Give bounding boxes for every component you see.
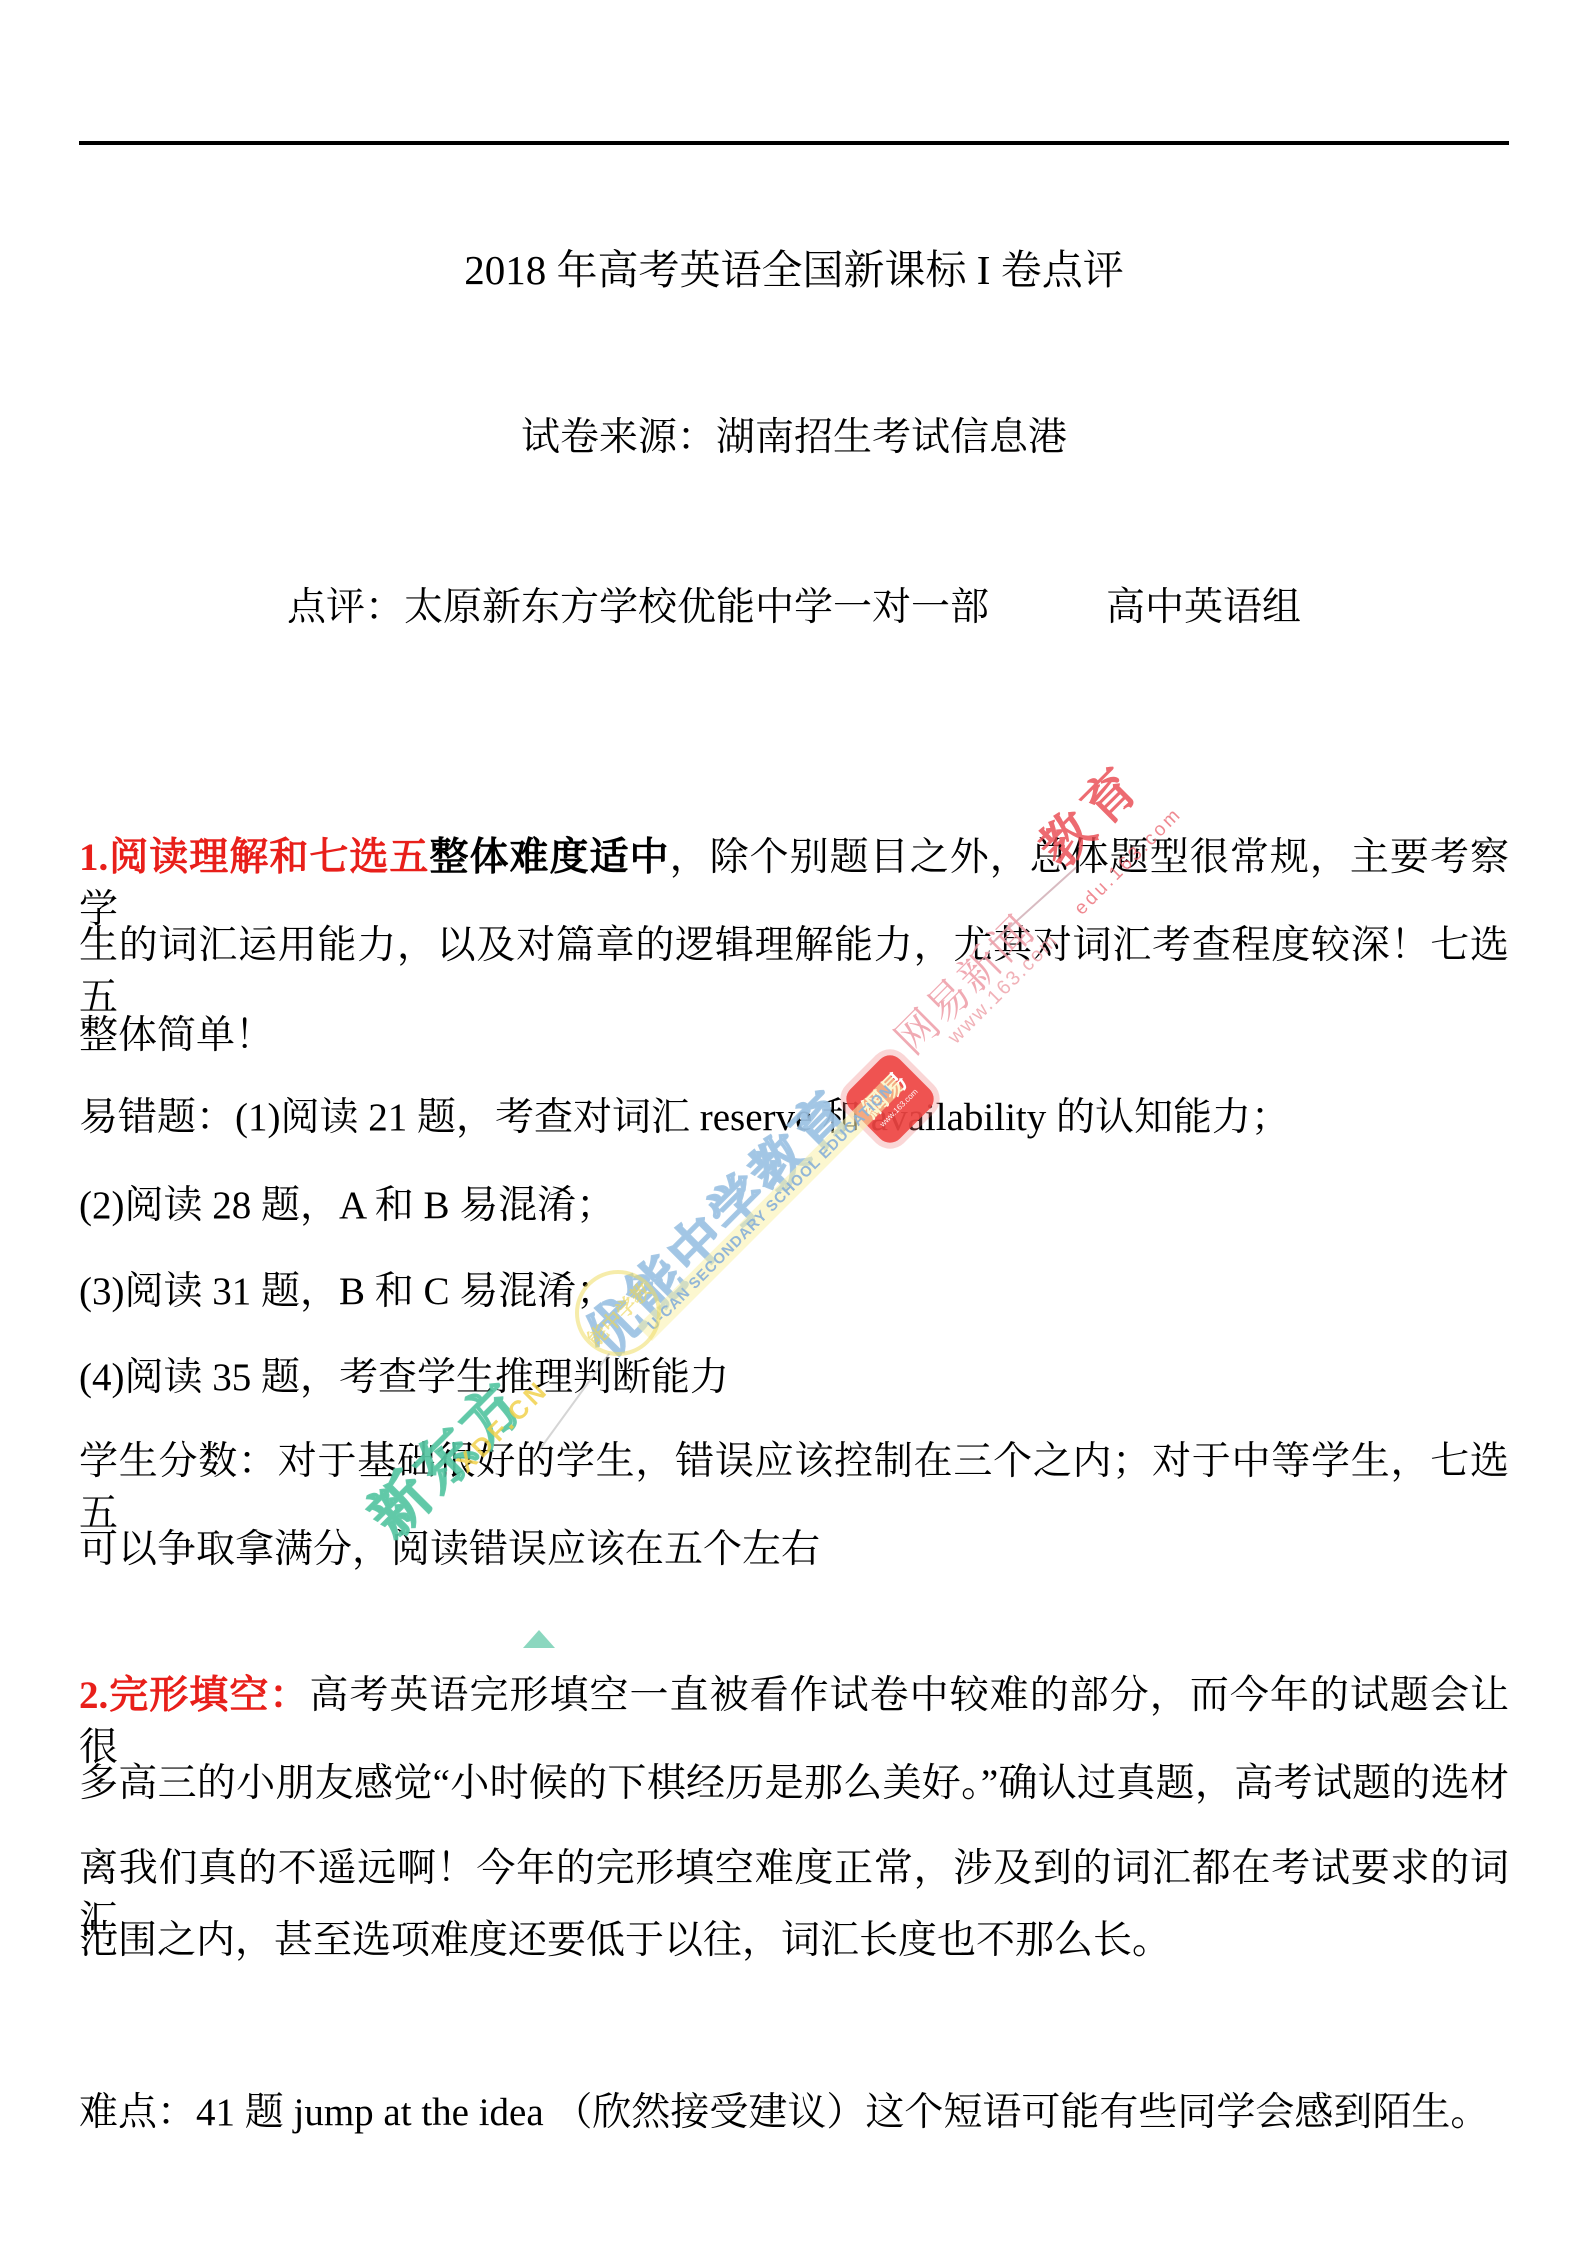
review-line: 点评：太原新东方学校优能中学一对一部 高中英语组 xyxy=(79,582,1509,634)
p1-line5: (2)阅读 28 题，A 和 B 易混淆； xyxy=(79,1180,1509,1232)
p2-heading: 2.完形填空： xyxy=(79,1674,309,1717)
p1-bold-phrase: 整体难度适中 xyxy=(429,836,669,879)
p1-line3: 整体简单！ xyxy=(79,1010,1509,1062)
document-page: 2018 年高考英语全国新课标 I 卷点评 试卷来源：湖南招生考试信息港 点评：… xyxy=(0,0,1587,2245)
p1-line2: 生的词汇运用能力，以及对篇章的逻辑理解能力，尤其对词汇考查程度较深！七选五 xyxy=(79,920,1509,1024)
source-line: 试卷来源：湖南招生考试信息港 xyxy=(79,412,1509,464)
xdf-swoosh-icon xyxy=(523,1630,555,1648)
p1-line6: (3)阅读 31 题，B 和 C 易混淆； xyxy=(79,1266,1509,1318)
p1-line4: 易错题：(1)阅读 21 题，考查对词汇 reserve 和 availabil… xyxy=(79,1092,1509,1144)
p3-line1: 难点：41 题 jump at the idea （欣然接受建议）这个短语可能有… xyxy=(79,2087,1509,2139)
p1-line7: (4)阅读 35 题，考查学生推理判断能力 xyxy=(79,1352,1509,1404)
p1-line9: 可以争取拿满分，阅读错误应该在五个左右 xyxy=(79,1524,1509,1576)
header-rule xyxy=(79,141,1509,145)
p2-line2: 多高三的小朋友感觉“小时候的下棋经历是那么美好。”确认过真题，高考试题的选材 xyxy=(79,1758,1509,1810)
p1-heading: 1.阅读理解和七选五 xyxy=(79,836,429,879)
p2-line4: 范围之内，甚至选项难度还要低于以往，词汇长度也不那么长。 xyxy=(79,1915,1509,1967)
page-title: 2018 年高考英语全国新课标 I 卷点评 xyxy=(79,244,1509,296)
